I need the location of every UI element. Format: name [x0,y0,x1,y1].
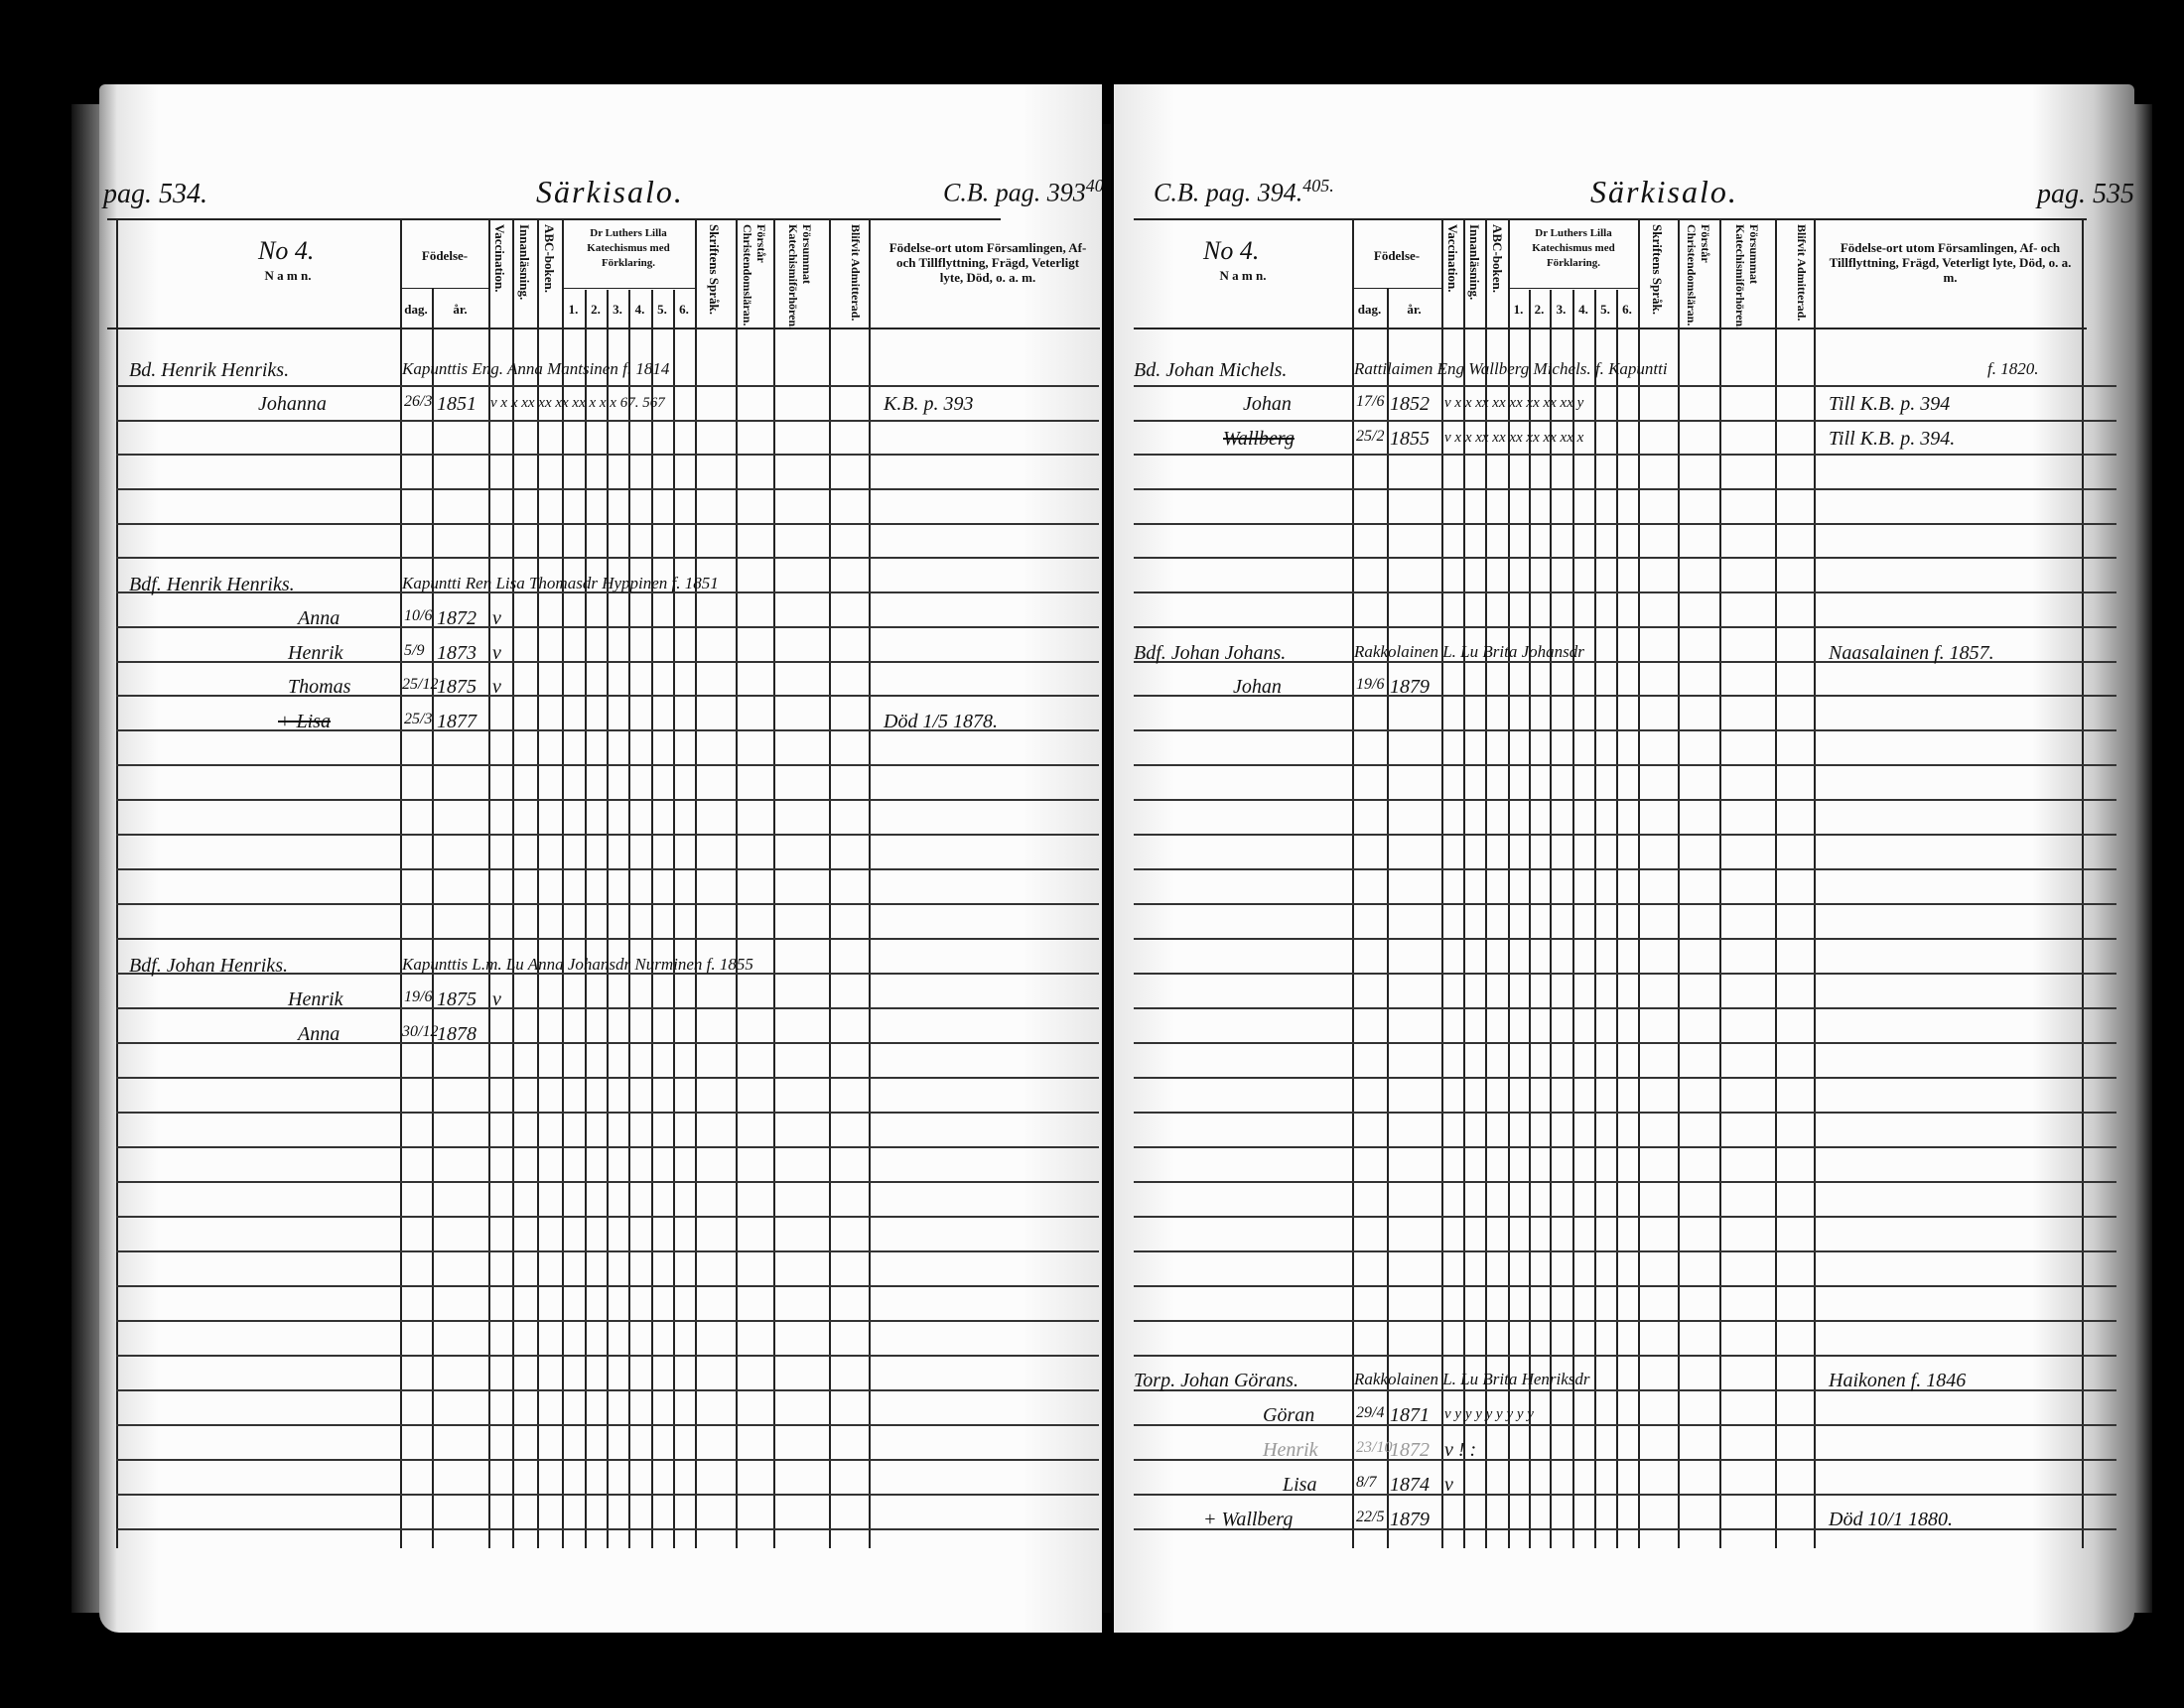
left-entry-marks: Kapuntti Ren Lisa Thomasdr Hyppinen f. 1… [402,574,719,593]
left-entry-birth-day: 25/12 [402,676,438,694]
left-household-number: No 4. [258,236,314,266]
left-header-cat-3: 3. [607,302,628,317]
left-header-scripture: Skriftens Språk. [707,224,721,324]
right-entry-note: Till K.B. p. 394 [1829,393,1950,416]
right-entry-marks: Rattilaimen Eng Wallberg Michels. f. Kap… [1354,359,1668,379]
right-entry-birth-day: 29/4 [1356,1404,1384,1422]
left-entry-note: K.B. p. 393 [884,393,974,416]
left-entry-name: Bdf. Henrik Henriks. [129,574,295,596]
right-header-name: N a m n. [1183,268,1302,283]
right-entry-name: Wallberg [1223,428,1295,451]
left-register-table: No 4. N a m n. Födelse- dag. år. Vaccina… [99,218,1102,1608]
right-entry-birth-year: 1872 [1390,1439,1430,1462]
left-entry-marks: v [492,607,501,630]
right-header-notes: Födelse-ort utom Församlingen, Af- och T… [1829,240,2072,285]
right-header-cat-4: 4. [1572,302,1594,317]
left-entry-birth-year: 1851 [437,393,477,416]
right-header-cat-3: 3. [1550,302,1572,317]
right-header-birth-day: dag. [1352,302,1387,317]
book-edge-right [2132,104,2152,1613]
left-cross-reference: C.B. pag. 393404 [943,176,1102,208]
register-spread: pag. 534. Särkisalo. C.B. pag. 393404 [99,84,2144,1642]
right-entry-name: Johan [1233,676,1282,699]
left-header-admitted: Blifvit Admitterad. [837,224,863,324]
right-entry-name: Johan [1243,393,1292,416]
right-parish-title: Särkisalo. [1590,174,1738,210]
left-header-reading: Innanläsning. [517,224,531,324]
left-entry-birth-year: 1872 [437,607,477,630]
right-header-neglected: Försummat Katechismiförhören. [1729,224,1761,324]
left-header-cat-4: 4. [628,302,651,317]
right-entry-birth-day: 23/10 [1356,1439,1392,1457]
right-entry-name: Göran [1263,1404,1314,1427]
left-entry-name: + Lisa [278,711,331,733]
right-entry-marks: v y y y y y y y y [1444,1406,1534,1423]
left-header-cat-2: 2. [585,302,607,317]
left-entry-birth-year: 1875 [437,988,477,1011]
left-entry-marks: v [492,676,501,699]
left-entry-note: Död 1/5 1878. [884,711,998,733]
book-edge-left [71,104,101,1613]
right-entry-note: Till K.B. p. 394. [1829,428,1955,451]
left-entry-birth-day: 10/6 [404,607,432,625]
left-header-vaccination: Vaccination. [492,224,506,324]
left-entry-marks: Kapunttis Eng. Anna Mantsinen f. 1814 [402,359,669,379]
left-header-catechism: Dr Luthers Lilla Katechismus med Förklar… [564,226,693,271]
right-entry-marks: v x x xx xx xx xx xx xx x [1444,430,1583,447]
right-header-admitted: Blifvit Admitterad. [1783,224,1809,324]
right-entry-birth-day: 8/7 [1356,1474,1376,1492]
right-entry-birth-day: 17/6 [1356,393,1384,411]
right-header-birth: Födelse- [1352,248,1441,263]
left-header-birth: Födelse- [400,248,489,263]
left-entry-name: Anna [298,1023,340,1046]
right-header-cat-6: 6. [1616,302,1638,317]
right-cross-reference: C.B. pag. 394.405. [1154,176,1334,208]
left-page-number: pag. 534. [103,179,207,210]
right-entry-birth-day: 25/2 [1356,428,1384,446]
left-page: pag. 534. Särkisalo. C.B. pag. 393404 [99,84,1102,1633]
right-header-vaccination: Vaccination. [1445,224,1459,324]
right-header-cat-1: 1. [1508,302,1529,317]
right-entry-birth-year: 1852 [1390,393,1430,416]
left-entry-birth-year: 1878 [437,1023,477,1046]
left-entry-marks: v [492,988,501,1011]
right-entry-name: Torp. Johan Görans. [1134,1370,1298,1392]
right-page: C.B. pag. 394.405. Särkisalo. pag. 535. [1114,84,2134,1633]
right-entry-marks: Rakkolainen L. Lu Brita Henriksdr [1354,1370,1590,1389]
right-header-abc: ABC-boken. [1490,224,1504,324]
right-entry-note: Död 10/1 1880. [1829,1509,1953,1531]
right-entry-note: Naasalainen f. 1857. [1829,642,1994,665]
right-header-reading: Innanläsning. [1467,224,1481,324]
right-header-birth-year: år. [1387,302,1441,317]
right-header-cat-2: 2. [1529,302,1550,317]
right-entry-marks: v x x xx xx xx xx xx xx y [1444,395,1583,412]
right-entry-marks: v ! : [1444,1439,1476,1462]
left-entry-birth-year: 1877 [437,711,477,733]
right-header-understands: Förstår Christendomsläran. [1683,224,1712,324]
left-header-birth-day: dag. [400,302,432,317]
left-entry-birth-day: 5/9 [404,642,424,660]
left-header-cat-5: 5. [651,302,673,317]
right-header-catechism: Dr Luthers Lilla Katechismus med Förklar… [1509,226,1638,271]
left-header-notes: Födelse-ort utom Församlingen, Af- och T… [884,240,1092,285]
right-entry-birth-year: 1879 [1390,676,1430,699]
right-entry-birth-day: 19/6 [1356,676,1384,694]
left-entry-name: Thomas [288,676,350,699]
left-header-neglected: Försummat Katechismiförhören. [784,224,814,324]
right-entry-birth-day: 22/5 [1356,1509,1384,1526]
left-entry-marks: Kapunttis L.m. Lu Anna Johansdr Nurminen… [402,955,753,975]
right-register-table: No 4. N a m n. Födelse- dag. år. Vaccina… [1114,218,2134,1608]
left-entry-birth-day: 25/3 [404,711,432,728]
right-header-cat-5: 5. [1594,302,1616,317]
right-entry-marks: v [1444,1474,1453,1497]
right-page-number: pag. 535. [2037,179,2134,210]
left-header-abc: ABC-boken. [542,224,556,324]
right-entry-marks: Rakkolainen L. Lu Brita Johansdr [1354,642,1584,662]
left-entry-marks: v [492,642,501,665]
right-header-scripture: Skriftens Språk. [1650,224,1664,324]
right-household-number: No 4. [1203,236,1259,266]
left-header-cat-1: 1. [562,302,585,317]
left-entry-name: Bd. Henrik Henriks. [129,359,289,382]
left-entry-birth-year: 1875 [437,676,477,699]
right-entry-name: Bd. Johan Michels. [1134,359,1287,382]
right-entry-name: Lisa [1283,1474,1316,1497]
left-entry-name: Bdf. Johan Henriks. [129,955,288,978]
right-entry-birth-year: 1874 [1390,1474,1430,1497]
left-header-understands: Förstår Christendomsläran. [741,224,768,324]
right-entry-birth-year: 1855 [1390,428,1430,451]
left-entry-birth-day: 30/12 [402,1023,438,1041]
right-entry-name: Bdf. Johan Johans. [1134,642,1286,665]
left-entry-name: Henrik [288,642,343,665]
left-entry-name: Johanna [258,393,327,416]
left-entry-name: Henrik [288,988,343,1011]
left-entry-birth-day: 19/6 [404,988,432,1006]
right-entry-birth-year: 1871 [1390,1404,1430,1427]
left-header-name: N a m n. [228,268,347,283]
right-entry-note: f. 1820. [1987,359,2038,379]
left-entry-birth-day: 26/3 [404,393,432,411]
left-header-cat-6: 6. [673,302,695,317]
left-header-birth-year: år. [432,302,488,317]
right-entry-name: + Wallberg [1203,1509,1293,1531]
book-gutter [1103,124,1111,1613]
right-entry-name: Henrik [1263,1439,1318,1462]
left-entry-name: Anna [298,607,340,630]
left-parish-title: Särkisalo. [536,174,684,210]
right-entry-birth-year: 1879 [1390,1509,1430,1531]
right-entry-note: Haikonen f. 1846 [1829,1370,1966,1392]
left-entry-marks: v x x xx xx xx xx x x x 67. 567 [490,395,665,412]
left-entry-birth-year: 1873 [437,642,477,665]
